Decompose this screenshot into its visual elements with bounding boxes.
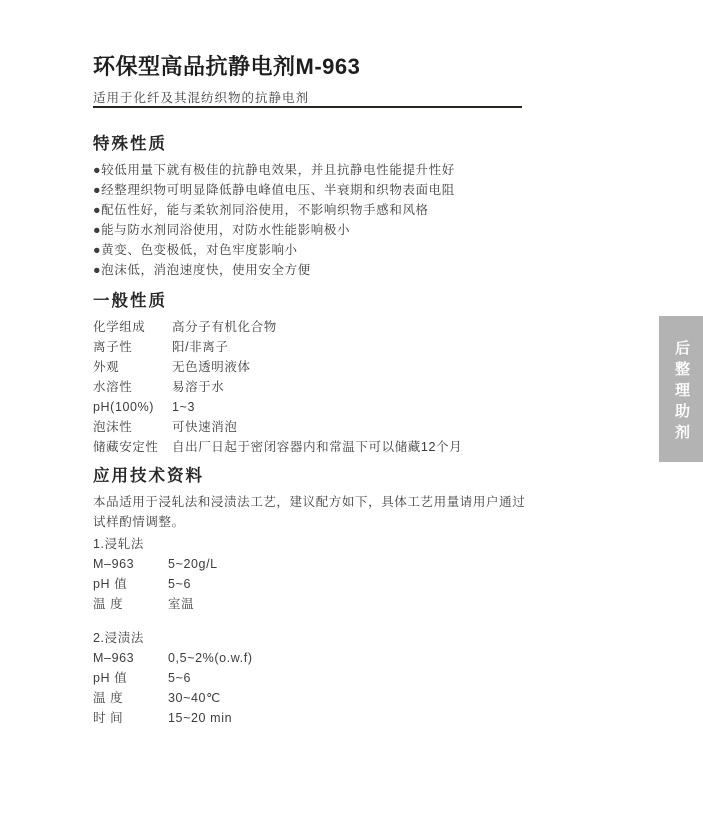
- method-name: 2.浸渍法: [93, 628, 533, 648]
- recipe-value: 30~40℃: [168, 688, 221, 708]
- page-subtitle: 适用于化纤及其混纺织物的抗静电剂: [93, 91, 309, 105]
- property-row: 离子性 阳/非离子: [93, 337, 533, 357]
- property-label: 水溶性: [93, 377, 172, 397]
- recipe-row: 时 间 15~20 min: [93, 708, 533, 728]
- property-value: 易溶于水: [172, 377, 224, 397]
- application-intro-paragraph: 本品适用于浸轧法和浸渍法工艺，建议配方如下，具体工艺用量请用户通过试样酌情调整。: [93, 492, 529, 532]
- bullet-item: ●配伍性好，能与柔软剂同浴使用，不影响织物手感和风格: [93, 200, 533, 220]
- method-name: 1.浸轧法: [93, 534, 533, 554]
- property-row: 储藏安定性 自出厂日起于密闭容器内和常温下可以储藏12个月: [93, 437, 533, 457]
- section-general-properties: 一般性质 化学组成 高分子有机化合物 离子性 阳/非离子 外观 无色透明液体 水…: [93, 290, 533, 457]
- special-properties-bullet-list: ●较低用量下就有极佳的抗静电效果，并且抗静电性能提升性好 ●经整理织物可明显降低…: [93, 160, 533, 280]
- method-padding-block: 1.浸轧法 M–963 5~20g/L pH 值 5~6 温 度 室温: [93, 534, 533, 614]
- property-label: 储藏安定性: [93, 437, 172, 457]
- section-special-properties: 特殊性质 ●较低用量下就有极佳的抗静电效果，并且抗静电性能提升性好 ●经整理织物…: [93, 133, 533, 280]
- property-row: 化学组成 高分子有机化合物: [93, 317, 533, 337]
- recipe-label: M–963: [93, 648, 168, 668]
- recipe-row: 温 度 室温: [93, 594, 533, 614]
- bullet-item: ●泡沫低，消泡速度快，使用安全方便: [93, 260, 533, 280]
- bullet-item: ●经整理织物可明显降低静电峰值电压、半衰期和织物表面电阻: [93, 180, 533, 200]
- recipe-value: 0,5~2%(o.w.f): [168, 648, 253, 668]
- property-value: 阳/非离子: [172, 337, 228, 357]
- recipe-label: 时 间: [93, 708, 168, 728]
- property-value: 高分子有机化合物: [172, 317, 277, 337]
- property-value: 可快速消泡: [172, 417, 238, 437]
- property-row: 外观 无色透明液体: [93, 357, 533, 377]
- recipe-label: 温 度: [93, 594, 168, 614]
- recipe-label: pH 值: [93, 668, 168, 688]
- recipe-row: pH 值 5~6: [93, 574, 533, 594]
- property-label: 泡沫性: [93, 417, 172, 437]
- general-properties-heading: 一般性质: [93, 290, 533, 312]
- recipe-label: M–963: [93, 554, 168, 574]
- category-side-tab: 后整理助剂: [659, 316, 703, 462]
- property-row: pH(100%) 1~3: [93, 397, 533, 417]
- recipe-row: M–963 0,5~2%(o.w.f): [93, 648, 533, 668]
- recipe-value: 5~20g/L: [168, 554, 218, 574]
- general-properties-table: 化学组成 高分子有机化合物 离子性 阳/非离子 外观 无色透明液体 水溶性 易溶…: [93, 317, 533, 457]
- property-label: 离子性: [93, 337, 172, 357]
- method-dipping-block: 2.浸渍法 M–963 0,5~2%(o.w.f) pH 值 5~6 温 度 3…: [93, 628, 533, 728]
- datasheet-page: 环保型高品抗静电剂M-963 适用于化纤及其混纺织物的抗静电剂 特殊性质 ●较低…: [0, 0, 703, 816]
- recipe-label: 温 度: [93, 688, 168, 708]
- property-value: 无色透明液体: [172, 357, 251, 377]
- property-row: 水溶性 易溶于水: [93, 377, 533, 397]
- title-underline-rule: [93, 106, 522, 108]
- category-side-tab-label: 后整理助剂: [659, 340, 703, 445]
- property-label: pH(100%): [93, 397, 172, 417]
- recipe-row: 温 度 30~40℃: [93, 688, 533, 708]
- recipe-row: pH 值 5~6: [93, 668, 533, 688]
- section-application-data: 应用技术资料 本品适用于浸轧法和浸渍法工艺，建议配方如下，具体工艺用量请用户通过…: [93, 465, 533, 728]
- property-value: 自出厂日起于密闭容器内和常温下可以储藏12个月: [172, 437, 462, 457]
- recipe-value: 室温: [168, 594, 194, 614]
- property-row: 泡沫性 可快速消泡: [93, 417, 533, 437]
- property-value: 1~3: [172, 397, 195, 417]
- recipe-row: M–963 5~20g/L: [93, 554, 533, 574]
- recipe-value: 15~20 min: [168, 708, 232, 728]
- property-label: 外观: [93, 357, 172, 377]
- recipe-value: 5~6: [168, 574, 191, 594]
- page-title: 环保型高品抗静电剂M-963: [93, 54, 360, 80]
- application-data-heading: 应用技术资料: [93, 465, 533, 487]
- bullet-item: ●能与防水剂同浴使用，对防水性能影响极小: [93, 220, 533, 240]
- bullet-item: ●黄变、色变极低，对色牢度影响小: [93, 240, 533, 260]
- recipe-value: 5~6: [168, 668, 191, 688]
- bullet-item: ●较低用量下就有极佳的抗静电效果，并且抗静电性能提升性好: [93, 160, 533, 180]
- special-properties-heading: 特殊性质: [93, 133, 533, 155]
- recipe-label: pH 值: [93, 574, 168, 594]
- property-label: 化学组成: [93, 317, 172, 337]
